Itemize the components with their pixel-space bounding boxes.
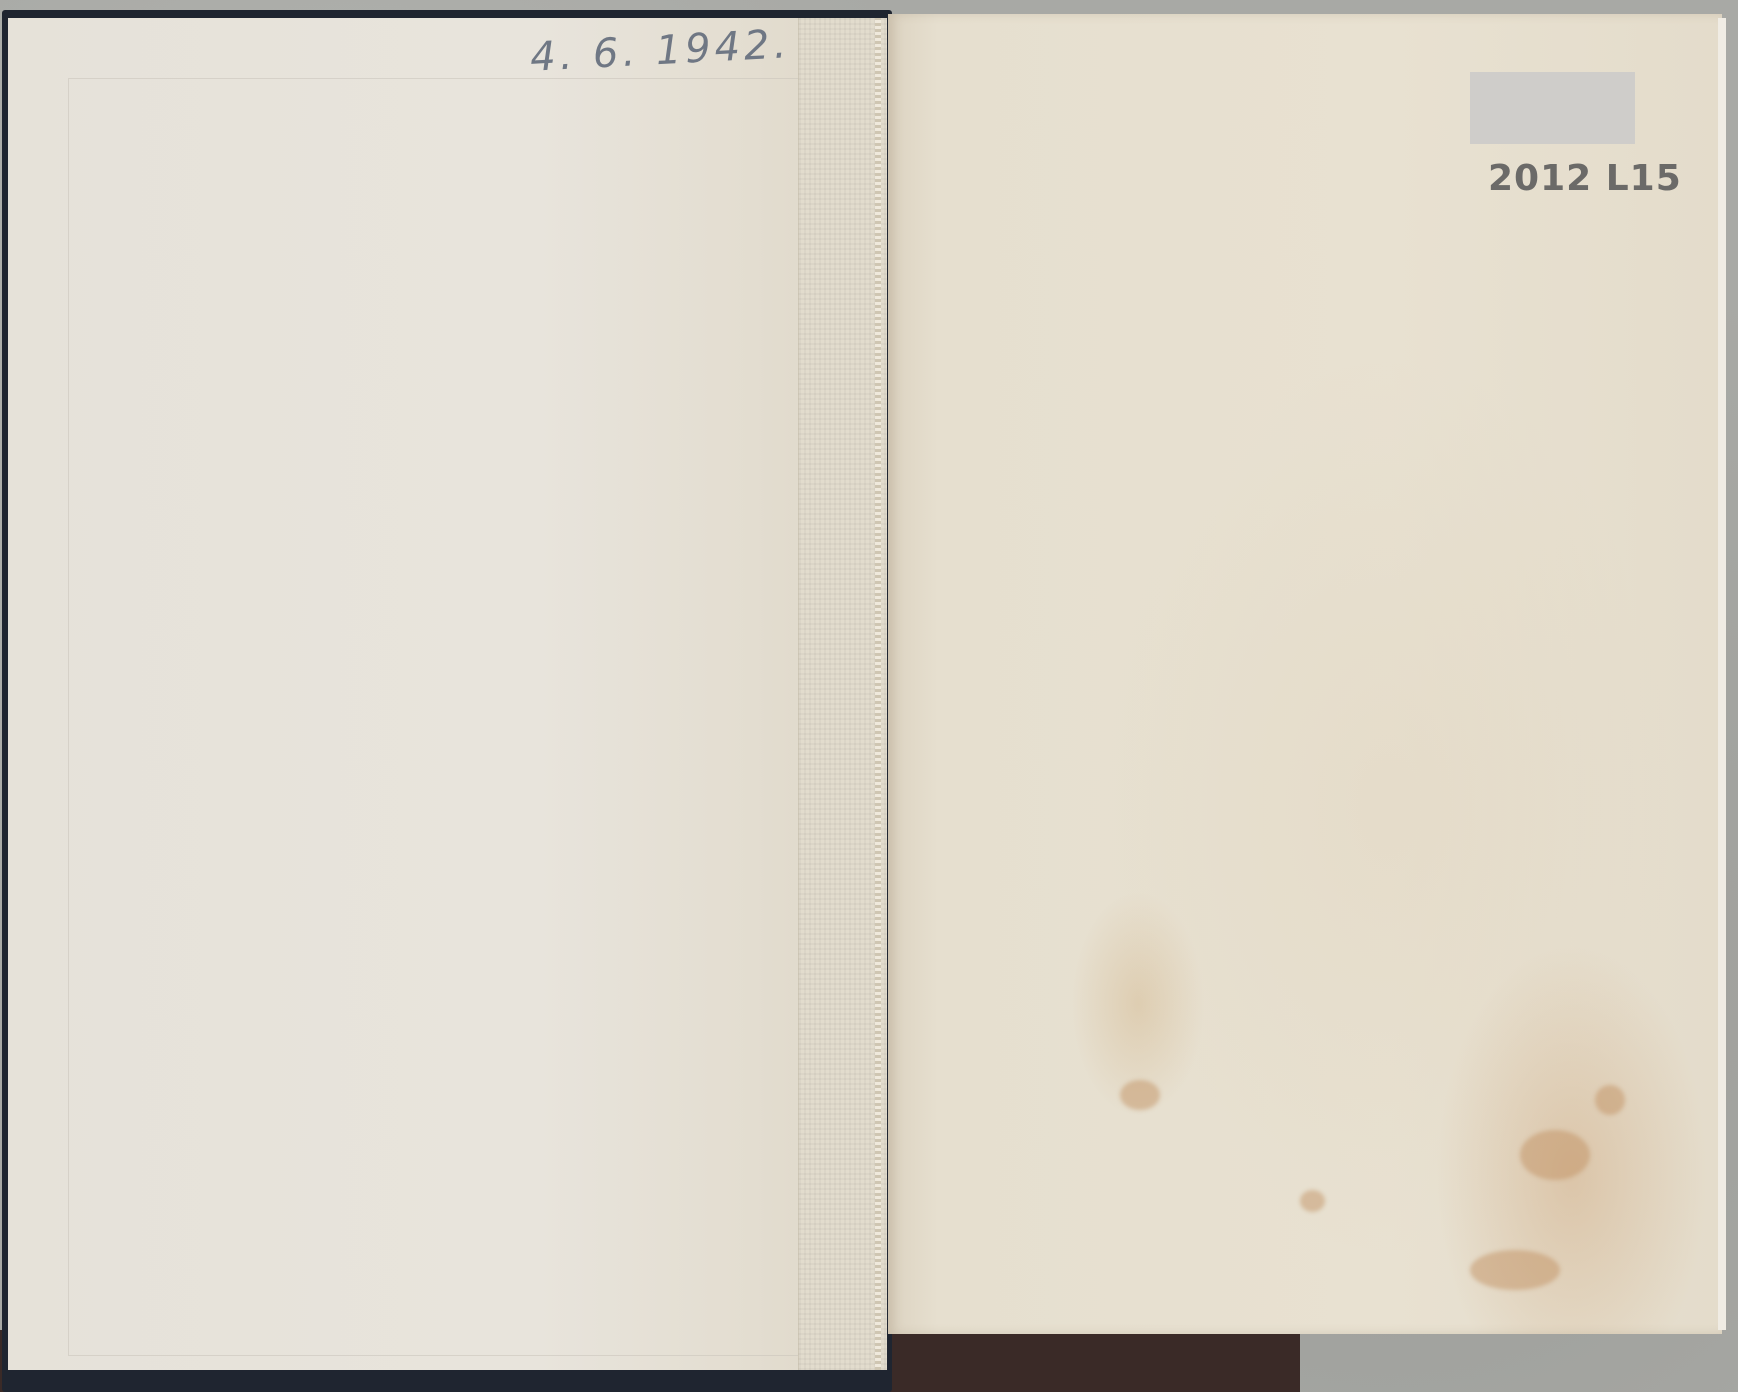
hinge-stitching	[875, 18, 881, 1370]
endpaper-embossed-frame	[68, 78, 826, 1356]
redacted-label	[1470, 72, 1635, 144]
foxing-spot	[1300, 1190, 1325, 1212]
foxing-spot	[1520, 1130, 1590, 1180]
cloth-hinge	[798, 18, 887, 1370]
left-endpaper	[8, 18, 886, 1370]
foxing-spot	[1470, 1250, 1560, 1290]
page-block-edge	[1718, 18, 1726, 1330]
right-flyleaf	[888, 14, 1722, 1334]
foxing-spot	[1120, 1080, 1160, 1110]
pencil-catalog-number: 2012 L15	[1488, 158, 1682, 199]
foxing-spot	[1595, 1085, 1625, 1115]
